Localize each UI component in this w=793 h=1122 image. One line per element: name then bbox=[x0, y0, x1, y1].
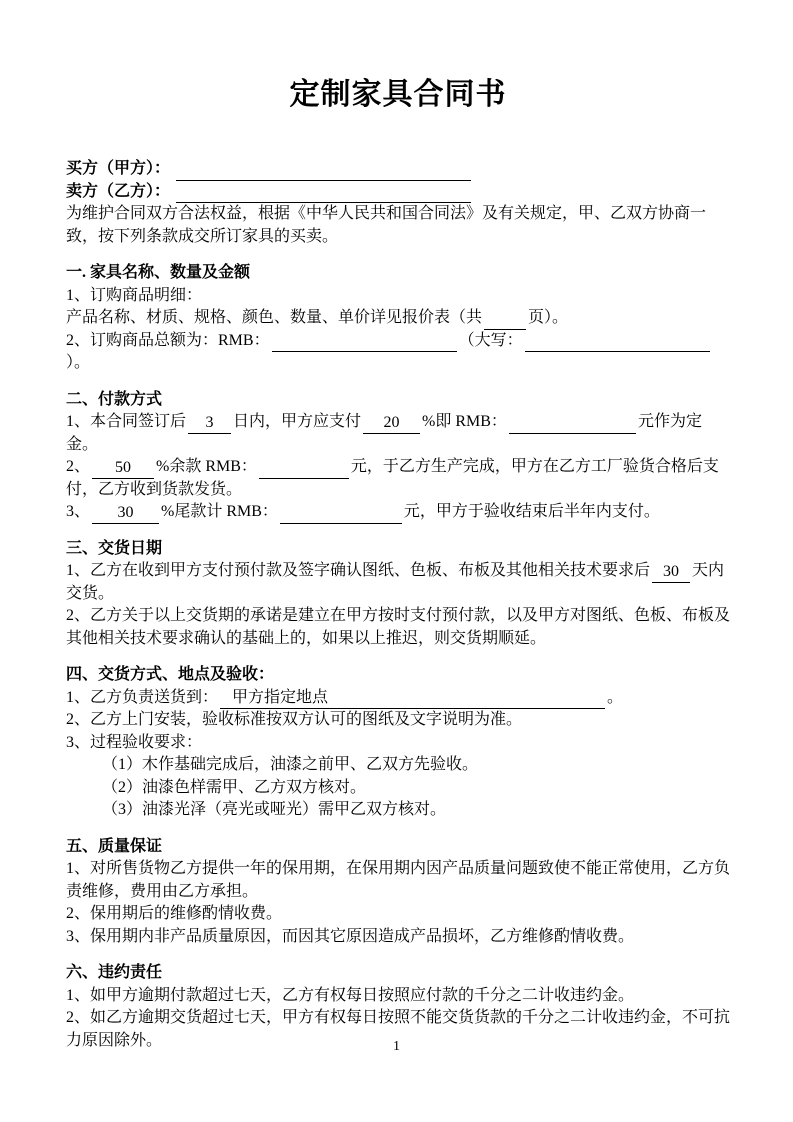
section-delivery-date: 三、交货日期 1、乙方在收到甲方支付预付款及签字确认图纸、色板、布板及其他相关技… bbox=[66, 538, 730, 651]
final-percent-field: 30 bbox=[92, 503, 159, 524]
buyer-line: 买方（甲方）： bbox=[66, 158, 730, 181]
total-amount-field bbox=[272, 331, 457, 352]
section-heading: 六、违约责任 bbox=[66, 962, 730, 985]
section-quality: 五、质量保证 1、对所售货物乙方提供一年的保用期，在保用期内因产品质量问题致使不… bbox=[66, 836, 730, 949]
contract-line: 1、订购商品明细： bbox=[66, 285, 730, 308]
line-text: （大写： bbox=[459, 332, 523, 349]
line-text: 2、订购商品总额为：RMB： bbox=[66, 332, 270, 349]
line-text: 2、 bbox=[66, 458, 90, 475]
section-payment: 二、付款方式 1、本合同签订后3日内，甲方应支付20%即 RMB：元作为定金。 … bbox=[66, 389, 730, 524]
line-text: 3、 bbox=[66, 503, 90, 520]
balance-amount-field bbox=[259, 458, 349, 479]
contract-line: 3、保用期内非产品质量原因，而因其它原因造成产品损坏，乙方维修酌情收费。 bbox=[66, 926, 730, 949]
line-text: 。 bbox=[607, 689, 623, 706]
contract-line: 2、50%余款 RMB：元，于乙方生产完成，甲方在乙方工厂验货合格后支付，乙方收… bbox=[66, 456, 730, 501]
delivery-days-field: 30 bbox=[652, 562, 690, 583]
line-text: 元，甲方于验收结束后半年内支付。 bbox=[404, 503, 660, 520]
parties-block: 买方（甲方）： 卖方（乙方）： 为维护合同双方合法权益，根据《中华人民共和国合同… bbox=[66, 158, 730, 248]
line-text: 产品名称、材质、规格、颜色、数量、单价详见报价表（共 bbox=[66, 309, 482, 326]
contract-subitem: （3）油漆光泽（亮光或哑光）需甲乙双方核对。 bbox=[66, 799, 730, 822]
seller-name-field bbox=[176, 182, 471, 203]
section-heading: 二、付款方式 bbox=[66, 389, 730, 412]
contract-line: 1、乙方负责送货到：甲方指定地点。 bbox=[66, 687, 730, 710]
contract-page: 定制家具合同书 买方（甲方）： 卖方（乙方）： 为维护合同双方合法权益，根据《中… bbox=[0, 0, 793, 1122]
buyer-label: 买方（甲方）： bbox=[66, 160, 170, 177]
final-amount-field bbox=[280, 503, 402, 524]
contract-line: 2、乙方上门安装，验收标准按双方认可的图纸及文字说明为准。 bbox=[66, 709, 730, 732]
line-text: %尾款计 RMB： bbox=[161, 503, 278, 520]
contract-line: 3、过程验收要求： bbox=[66, 732, 730, 755]
contract-line: 1、如甲方逾期付款超过七天，乙方有权每日按照应付款的千分之二计收违约金。 bbox=[66, 985, 730, 1008]
quote-pages-field bbox=[484, 309, 526, 330]
line-text: %即 RMB： bbox=[422, 413, 507, 430]
contract-subitem: （1）木作基础完成后，油漆之前甲、乙双方先验收。 bbox=[66, 754, 730, 777]
section-delivery-acceptance: 四、交货方式、地点及验收： 1、乙方负责送货到：甲方指定地点。 2、乙方上门安装… bbox=[66, 664, 730, 822]
page-number: 1 bbox=[0, 1038, 793, 1056]
contract-line: 产品名称、材质、规格、颜色、数量、单价详见报价表（共页）。 bbox=[66, 307, 730, 330]
contract-line: 1、本合同签订后3日内，甲方应支付20%即 RMB：元作为定金。 bbox=[66, 411, 730, 456]
delivery-location-field: 甲方指定地点 bbox=[220, 688, 605, 709]
line-text: 1、本合同签订后 bbox=[66, 413, 186, 430]
seller-label: 卖方（乙方）： bbox=[66, 183, 170, 200]
section-heading: 五、质量保证 bbox=[66, 836, 730, 859]
deposit-amount-field bbox=[509, 413, 636, 434]
contract-line: 2、保用期后的维修酌情收费。 bbox=[66, 903, 730, 926]
section-heading: 一. 家具名称、数量及金额 bbox=[66, 262, 730, 285]
preamble-text: 为维护合同双方合法权益，根据《中华人民共和国合同法》及有关规定，甲、乙双方协商一… bbox=[66, 203, 730, 248]
deposit-percent-field: 20 bbox=[363, 413, 420, 434]
balance-percent-field: 50 bbox=[92, 458, 154, 479]
section-heading: 三、交货日期 bbox=[66, 538, 730, 561]
contract-line: 3、30%尾款计 RMB：元，甲方于验收结束后半年内支付。 bbox=[66, 501, 730, 524]
line-text: 1、乙方在收到甲方支付预付款及签字确认图纸、色板、布板及其他相关技术要求后 bbox=[66, 562, 650, 579]
contract-line: 2、乙方关于以上交货期的承诺是建立在甲方按时支付预付款，以及甲方对图纸、色板、布… bbox=[66, 605, 730, 650]
contract-title: 定制家具合同书 bbox=[66, 78, 730, 112]
contract-line: 1、对所售货物乙方提供一年的保用期，在保用期内因产品质量问题致使不能正常使用，乙… bbox=[66, 858, 730, 903]
contract-line: 2、订购商品总额为：RMB：（大写：）。 bbox=[66, 330, 730, 375]
line-text: 日内，甲方应支付 bbox=[233, 413, 361, 430]
section-heading: 四、交货方式、地点及验收： bbox=[66, 664, 730, 687]
seller-line: 卖方（乙方）： bbox=[66, 181, 730, 204]
line-text: 页）。 bbox=[528, 309, 568, 326]
line-text: 1、乙方负责送货到： bbox=[66, 689, 218, 706]
buyer-name-field bbox=[176, 160, 471, 181]
sign-days-field: 3 bbox=[188, 413, 231, 434]
line-text: %余款 RMB： bbox=[156, 458, 257, 475]
contract-line: 1、乙方在收到甲方支付预付款及签字确认图纸、色板、布板及其他相关技术要求后30天… bbox=[66, 560, 730, 605]
contract-subitem: （2）油漆色样需甲、乙方双方核对。 bbox=[66, 777, 730, 800]
line-text: ）。 bbox=[66, 354, 90, 371]
total-amount-caps-field bbox=[525, 331, 710, 352]
section-goods: 一. 家具名称、数量及金额 1、订购商品明细： 产品名称、材质、规格、颜色、数量… bbox=[66, 262, 730, 375]
